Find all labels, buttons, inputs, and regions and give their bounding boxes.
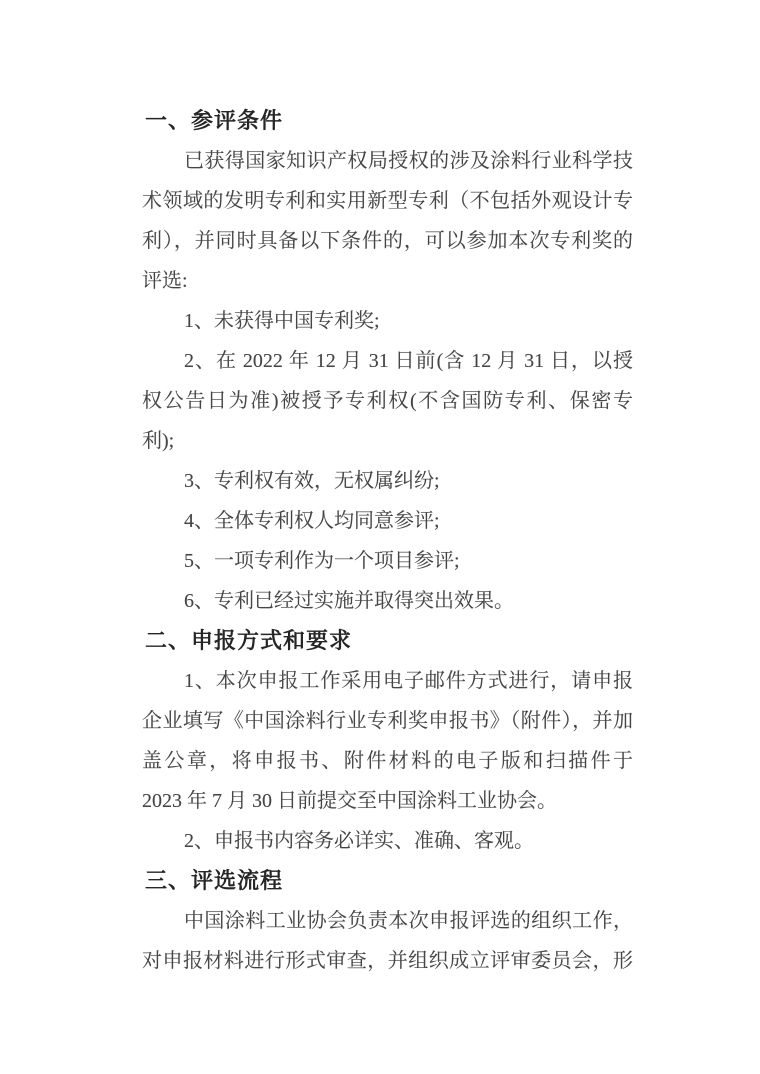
text-line: 对申报材料进行形式审查，并组织成立评审委员会，形 xyxy=(142,941,633,981)
section-heading-1: 一、参评条件 xyxy=(142,101,633,141)
section-heading-3: 三、评选流程 xyxy=(142,861,633,901)
text-line: 中国涂料工业协会负责本次申报评选的组织工作， xyxy=(142,901,633,941)
text-line: 术领域的发明专利和实用新型专利（不包括外观设计专 xyxy=(142,181,633,221)
text-line: 权公告日为准)被授予专利权(不含国防专利、保密专 xyxy=(142,381,633,421)
text-line: 利); xyxy=(142,421,633,461)
document-page: 一、参评条件已获得国家知识产权局授权的涉及涂料行业科学技术领域的发明专利和实用新… xyxy=(0,0,760,1074)
section-heading-2: 二、申报方式和要求 xyxy=(142,621,633,661)
text-line: 1、本次申报工作采用电子邮件方式进行，请申报 xyxy=(142,661,633,701)
text-line: 5、一项专利作为一个项目参评; xyxy=(142,541,633,581)
text-line: 2、申报书内容务必详实、准确、客观。 xyxy=(142,821,633,861)
text-line: 1、未获得中国专利奖; xyxy=(142,301,633,341)
text-line: 6、专利已经过实施并取得突出效果。 xyxy=(142,581,633,621)
text-line: 3、专利权有效，无权属纠纷; xyxy=(142,461,633,501)
document-body: 一、参评条件已获得国家知识产权局授权的涉及涂料行业科学技术领域的发明专利和实用新… xyxy=(142,101,633,981)
text-line: 2、在 2022 年 12 月 31 日前(含 12 月 31 日，以授 xyxy=(142,341,633,381)
text-line: 评选: xyxy=(142,261,633,301)
text-line: 2023 年 7 月 30 日前提交至中国涂料工业协会。 xyxy=(142,781,633,821)
text-line: 企业填写《中国涂料行业专利奖申报书》（附件），并加 xyxy=(142,701,633,741)
text-line: 4、全体专利权人均同意参评; xyxy=(142,501,633,541)
text-line: 已获得国家知识产权局授权的涉及涂料行业科学技 xyxy=(142,141,633,181)
text-line: 利），并同时具备以下条件的，可以参加本次专利奖的 xyxy=(142,221,633,261)
text-line: 盖公章，将申报书、附件材料的电子版和扫描件于 xyxy=(142,741,633,781)
